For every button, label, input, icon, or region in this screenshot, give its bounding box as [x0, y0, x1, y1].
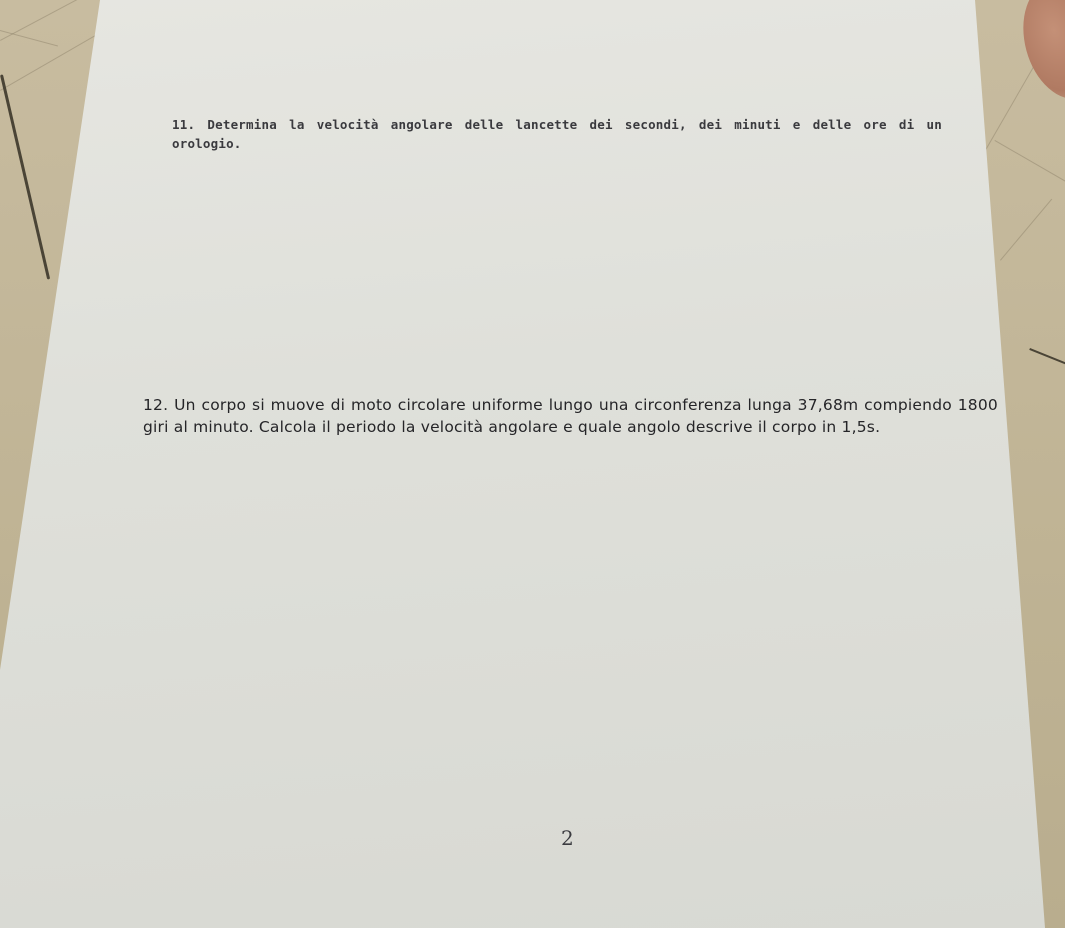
- desk-pattern-line: [0, 30, 58, 46]
- question-text: Un corpo si muove di moto circolare unif…: [143, 396, 998, 436]
- page-number: 2: [561, 826, 574, 850]
- question-12: 12. Un corpo si muove di moto circolare …: [143, 394, 998, 438]
- pen-left: [0, 74, 50, 279]
- desk-pattern-line: [985, 63, 1036, 150]
- pen-right: [1029, 348, 1065, 365]
- question-number: 12.: [143, 396, 168, 414]
- desk-pattern-line: [995, 140, 1065, 186]
- paper-sheet: 11. Determina la velocità angolare delle…: [0, 0, 1065, 928]
- question-text: Determina la velocità angolare delle lan…: [172, 117, 942, 151]
- desk-pattern-line: [1000, 199, 1052, 261]
- photo-scene: 11. Determina la velocità angolare delle…: [0, 0, 1065, 928]
- question-11: 11. Determina la velocità angolare delle…: [172, 115, 942, 153]
- question-number: 11.: [172, 117, 195, 132]
